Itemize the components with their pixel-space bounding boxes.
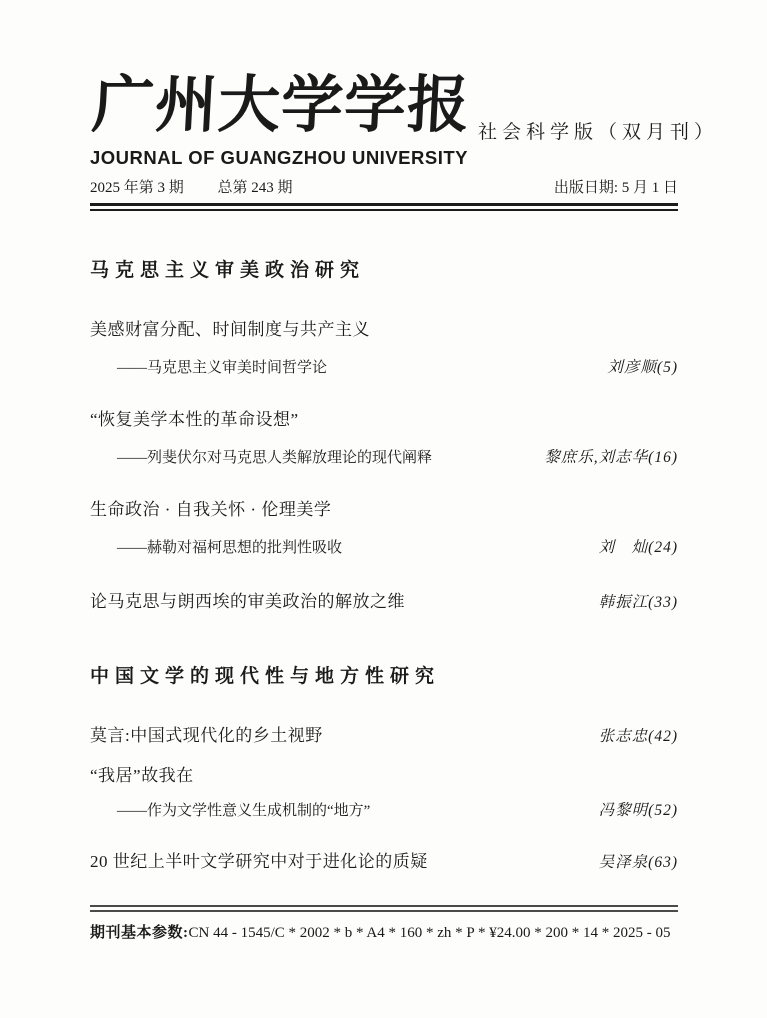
journal-logo-block: 广州大学学报 JOURNAL OF GUANGZHOU UNIVERSITY bbox=[90, 64, 468, 169]
toc-entry: “我居”故我在 ——作为文学性意义生成机制的“地方” 冯黎明(52) bbox=[90, 765, 678, 822]
article-author-page: 刘 灿(24) bbox=[599, 537, 678, 558]
section-heading: 马克思主义审美政治研究 bbox=[90, 260, 678, 282]
toc-entry: 20 世纪上半叶文学研究中对于进化论的质疑 吴泽泉(63) bbox=[90, 851, 678, 874]
issue-info-row: 2025 年第 3 期 总第 243 期 出版日期: 5 月 1 日 bbox=[90, 178, 678, 198]
masthead-top-row: 广州大学学报 JOURNAL OF GUANGZHOU UNIVERSITY 社… bbox=[90, 64, 678, 169]
table-of-contents: 马克思主义审美政治研究 美感财富分配、时间制度与共产主义 ——马克思主义审美时间… bbox=[90, 260, 678, 874]
journal-title-english: JOURNAL OF GUANGZHOU UNIVERSITY bbox=[90, 147, 468, 169]
article-author-page: 韩振江(33) bbox=[599, 592, 678, 614]
article-subtitle: ——作为文学性意义生成机制的“地方” bbox=[117, 801, 370, 822]
parameters-value: CN 44 - 1545/C * 2002 * b * A4 * 160 * z… bbox=[189, 925, 671, 941]
toc-entry: 论马克思与朗西埃的审美政治的解放之维 韩振江(33) bbox=[90, 591, 678, 614]
article-subtitle: ——马克思主义审美时间哲学论 bbox=[117, 358, 327, 379]
publish-date: 出版日期: 5 月 1 日 bbox=[554, 178, 678, 198]
journal-calligraphy-logo: 广州大学学报 bbox=[90, 64, 472, 146]
issue-total-number: 总第 243 期 bbox=[218, 180, 293, 196]
toc-entry: 美感财富分配、时间制度与共产主义 ——马克思主义审美时间哲学论 刘彦顺(5) bbox=[90, 319, 678, 379]
journal-footer: 期刊基本参数:CN 44 - 1545/C * 2002 * b * A4 * … bbox=[90, 905, 678, 944]
article-author-page: 冯黎明(52) bbox=[599, 800, 678, 821]
issue-numbers: 2025 年第 3 期 总第 243 期 bbox=[90, 178, 293, 198]
journal-toc-page: 广州大学学报 JOURNAL OF GUANGZHOU UNIVERSITY 社… bbox=[0, 0, 767, 1018]
article-title: “恢复美学本性的革命设想” bbox=[90, 409, 299, 431]
journal-basic-parameters: 期刊基本参数:CN 44 - 1545/C * 2002 * b * A4 * … bbox=[90, 923, 678, 944]
toc-entry: 莫言:中国式现代化的乡土视野 张志忠(42) bbox=[90, 725, 678, 748]
article-subtitle: ——赫勒对福柯思想的批判性吸收 bbox=[117, 538, 342, 559]
toc-entry: 生命政治 · 自我关怀 · 伦理美学 ——赫勒对福柯思想的批判性吸收 刘 灿(2… bbox=[90, 499, 678, 559]
article-title: 20 世纪上半叶文学研究中对于进化论的质疑 bbox=[90, 851, 428, 873]
header-double-rule bbox=[90, 203, 678, 211]
toc-entry: “恢复美学本性的革命设想” ——列斐伏尔对马克思人类解放理论的现代阐释 黎庶乐,… bbox=[90, 409, 678, 469]
issue-number: 2025 年第 3 期 bbox=[90, 180, 184, 196]
footer-double-rule bbox=[90, 905, 678, 912]
article-author-page: 张志忠(42) bbox=[599, 726, 678, 748]
article-title: 美感财富分配、时间制度与共产主义 bbox=[90, 319, 370, 341]
section-heading: 中国文学的现代性与地方性研究 bbox=[90, 666, 678, 688]
article-title: “我居”故我在 bbox=[90, 765, 194, 787]
article-title: 论马克思与朗西埃的审美政治的解放之维 bbox=[90, 591, 405, 613]
article-subtitle: ——列斐伏尔对马克思人类解放理论的现代阐释 bbox=[117, 448, 432, 469]
masthead: 广州大学学报 JOURNAL OF GUANGZHOU UNIVERSITY 社… bbox=[90, 64, 678, 211]
article-title: 莫言:中国式现代化的乡土视野 bbox=[90, 725, 323, 747]
article-author-page: 吴泽泉(63) bbox=[599, 852, 678, 874]
parameters-label: 期刊基本参数: bbox=[90, 925, 189, 941]
article-author-page: 黎庶乐,刘志华(16) bbox=[544, 447, 678, 468]
edition-label: 社会科学版（双月刊） bbox=[468, 117, 718, 169]
article-author-page: 刘彦顺(5) bbox=[607, 357, 678, 378]
article-title: 生命政治 · 自我关怀 · 伦理美学 bbox=[90, 499, 331, 521]
